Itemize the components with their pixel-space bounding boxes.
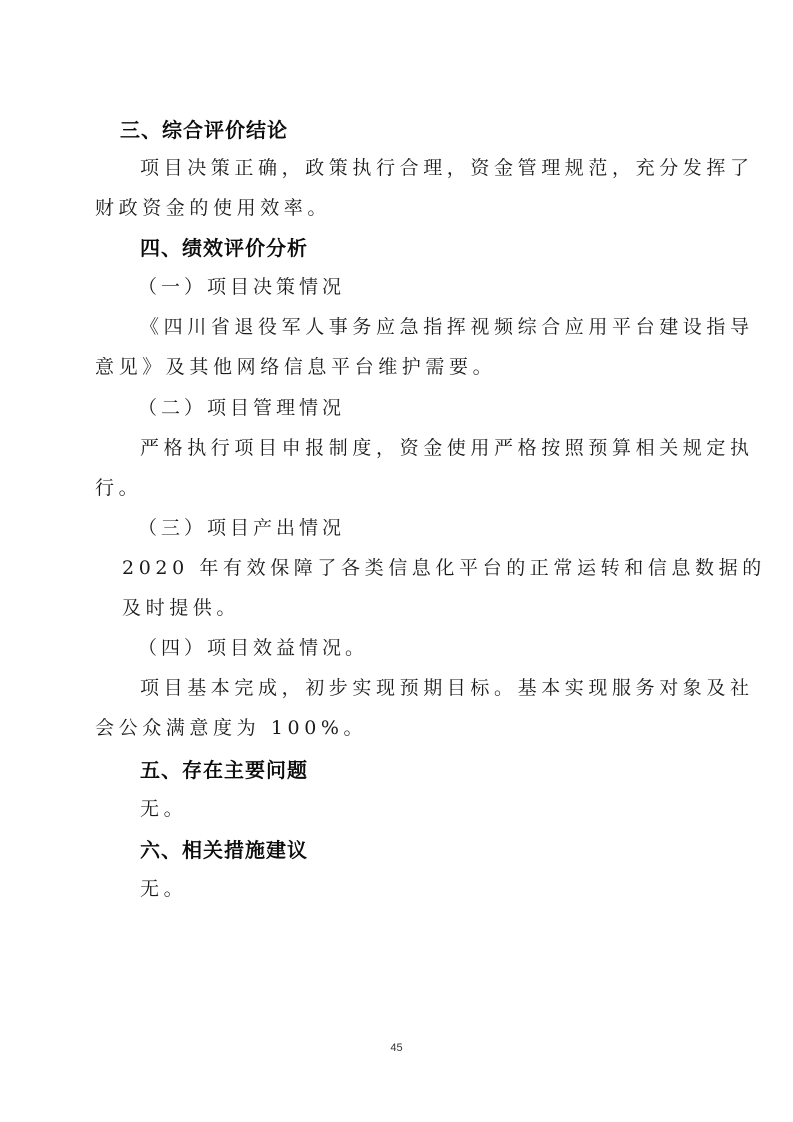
paragraph-line: 及时提供。 — [122, 596, 240, 620]
paragraph-line: 无。 — [140, 877, 187, 901]
subsection-title-benefit: （四）项目效益情况。 — [138, 636, 368, 660]
paragraph-line: 财政资金的使用效率。 — [95, 196, 331, 220]
paragraph-line: 项目基本完成，初步实现预期目标。基本实现服务对象及社 — [140, 676, 754, 700]
subsection-title-decision: （一）项目决策情况 — [138, 275, 345, 299]
section-heading-analysis: 四、绩效评价分析 — [140, 236, 308, 260]
paragraph-line: 项目决策正确，政策执行合理，资金管理规范，充分发挥了 — [140, 156, 754, 180]
paragraph-line: 意见》及其他网络信息平台维护需要。 — [95, 355, 496, 379]
subsection-title-management: （二）项目管理情况 — [138, 396, 345, 420]
paragraph-line: 《四川省退役军人事务应急指挥视频综合应用平台建设指导 — [140, 315, 754, 339]
paragraph-line: 严格执行项目申报制度，资金使用严格按照预算相关规定执 — [140, 436, 754, 460]
section-heading-conclusion: 三、综合评价结论 — [120, 118, 288, 142]
document-page: 三、综合评价结论 项目决策正确，政策执行合理，资金管理规范，充分发挥了 财政资金… — [0, 0, 793, 1122]
page-number: 45 — [0, 1042, 793, 1054]
paragraph-line: 2020 年有效保障了各类信息化平台的正常运转和信息数据的 — [122, 556, 766, 580]
paragraph-line: 会公众满意度为 100%。 — [95, 716, 367, 740]
paragraph-line: 无。 — [140, 797, 187, 821]
section-heading-problems: 五、存在主要问题 — [140, 758, 308, 782]
subsection-title-output: （三）项目产出情况 — [138, 516, 345, 540]
paragraph-line: 行。 — [95, 476, 142, 500]
section-heading-suggestions: 六、相关措施建议 — [140, 838, 308, 862]
